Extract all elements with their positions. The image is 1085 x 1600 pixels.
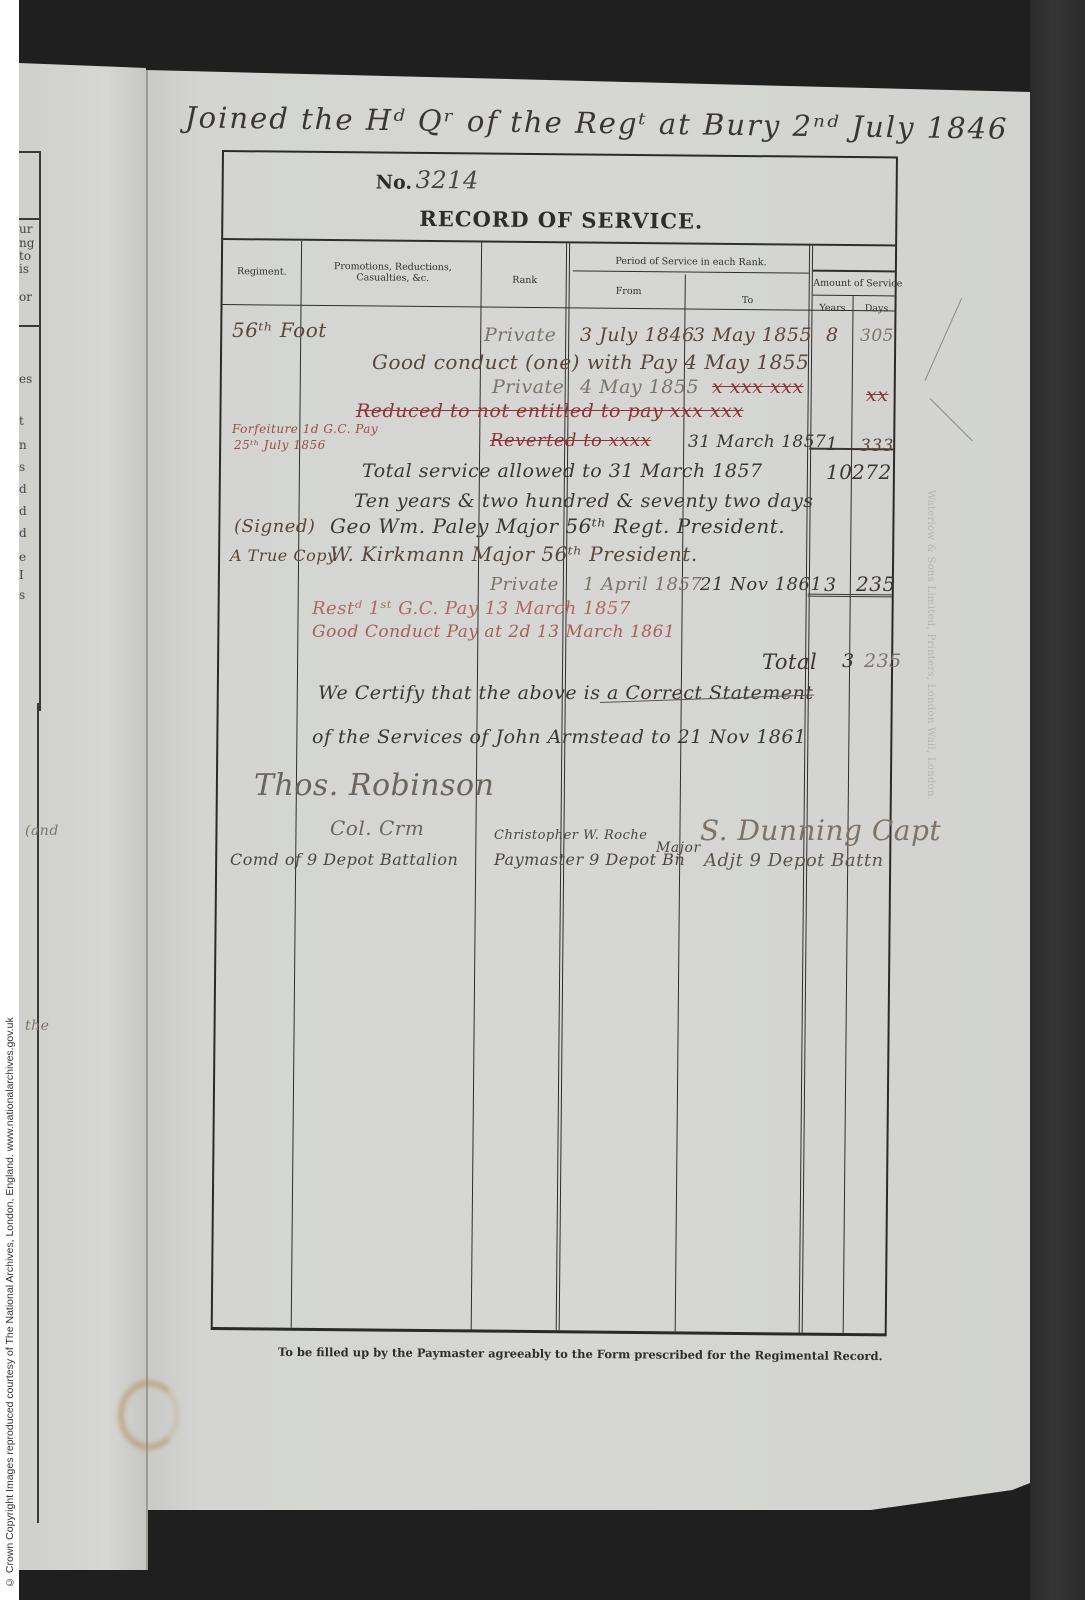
- left-fragment-text: d: [19, 483, 27, 496]
- col-divider: [675, 274, 686, 1331]
- left-fragment-text: es: [19, 373, 32, 386]
- total-allowed-years: 10: [826, 460, 852, 484]
- margin-note: the: [25, 1018, 49, 1034]
- col-header-to: To: [687, 294, 809, 306]
- commandant-signature: Thos. Robinson: [254, 768, 494, 803]
- total-years: 3: [842, 650, 855, 672]
- from-date-2: 4 May 1855: [580, 376, 699, 398]
- days-2-struck: xx: [866, 384, 888, 406]
- adjutant-rank-prefix: Major: [656, 840, 701, 856]
- to-date-3: 31 March 1857: [688, 432, 826, 452]
- adjutant-title: Adjt 9 Depot Battn: [704, 850, 884, 871]
- left-fragment-text: n: [19, 439, 27, 452]
- left-fragment-text: or: [19, 291, 32, 304]
- left-fragment-text: t: [19, 415, 24, 428]
- days-4: 235: [856, 572, 896, 596]
- good-conduct-pay-note: Good Conduct Pay at 2d 13 March 1861: [312, 622, 675, 642]
- commandant-signature-2: Col. Crm: [330, 816, 424, 840]
- col-header-period: Period of Service in each Rank.: [573, 255, 809, 268]
- rank-struck: Reverted to xxxx: [490, 430, 651, 451]
- total-allowed-days: 272: [852, 460, 892, 484]
- years-1: 8: [826, 324, 839, 346]
- years-3: 1: [826, 434, 838, 455]
- restored-gc-pay-note: Restᵈ 1ˢᵗ G.C. Pay 13 March 1857: [312, 598, 631, 619]
- form-number-value: 3214: [416, 166, 479, 195]
- left-fragment-text: d: [19, 505, 27, 518]
- total-label: Total: [762, 650, 817, 674]
- true-copy-label: A True Copy: [230, 546, 336, 565]
- col-divider: [799, 246, 813, 1333]
- from-date-1: 3 July 1846: [580, 324, 695, 346]
- col-header-amount: Amount of Service: [813, 278, 903, 290]
- form-number-label: No.: [376, 171, 413, 193]
- days-1: 305: [860, 326, 894, 346]
- left-fragment-text: d: [19, 527, 27, 540]
- certify-line-1: We Certify that the above is a Correct S…: [318, 682, 814, 704]
- days-3: 333: [860, 436, 894, 456]
- margin-note: (and: [25, 823, 59, 839]
- left-fragment-text: I: [19, 569, 24, 582]
- total-allowed-label: Total service allowed to 31 March 1857: [362, 460, 763, 482]
- printer-imprint: Waterlow & Sons Limited, Printers, Londo…: [922, 490, 936, 750]
- regiment-entry: 56ᵗʰ Foot: [232, 318, 327, 342]
- page-fold: [146, 70, 148, 1570]
- amount-sub-rule: [813, 270, 895, 273]
- from-date-3: 1 April 1857: [583, 574, 702, 595]
- rank-private-3: Private: [490, 574, 559, 595]
- form-title: RECORD OF SERVICE.: [419, 206, 703, 234]
- to-date-2-struck: x xxx xxx: [712, 376, 804, 398]
- header-top-rule: [223, 238, 895, 246]
- total-in-words: Ten years & two hundred & seventy two da…: [354, 490, 814, 512]
- signed-text: Geo Wm. Paley Major 56ᵗʰ Regt. President…: [330, 514, 785, 538]
- col-header-regiment: Regiment.: [223, 266, 301, 278]
- total-days: 235: [864, 650, 902, 672]
- col-header-rank: Rank: [483, 275, 567, 287]
- col-header-days: Days: [854, 303, 898, 314]
- certify-line-2: of the Services of John Armstead to 21 N…: [312, 726, 807, 748]
- paymaster-signature: Christopher W. Roche: [494, 828, 647, 843]
- left-fragment-text: s: [19, 461, 25, 474]
- col-header-from: From: [573, 285, 685, 297]
- forfeiture-note: Forfeiture 1d G.C. Pay: [232, 422, 378, 436]
- left-fragment-text: s: [19, 589, 25, 602]
- adjutant-signature: S. Dunning Capt: [700, 814, 941, 847]
- true-copy-text: W. Kirkmann Major 56ᵗʰ President.: [330, 542, 698, 566]
- rank-private-2: Private: [492, 376, 564, 398]
- book-binding: [1030, 0, 1085, 1600]
- rank-private-1: Private: [484, 324, 556, 346]
- to-date-1: 3 May 1855: [693, 324, 812, 346]
- col-header-promotions: Promotions, Reductions, Casualties, &c.: [313, 261, 473, 285]
- reduction-note-struck: Reduced to not entitled to pay xxx xxx: [356, 400, 744, 422]
- period-sub-rule: [573, 270, 809, 273]
- copyright-notice: © Crown Copyright Images reproduced cour…: [2, 988, 18, 1588]
- paper-stain: [118, 1380, 180, 1450]
- to-date-4: 21 Nov 1861: [700, 574, 822, 595]
- forfeiture-date: 25ᵗʰ July 1856: [234, 438, 326, 452]
- left-fragment-text: is: [19, 263, 29, 276]
- col-header-years: Years: [812, 303, 852, 314]
- years-4: 3: [824, 574, 837, 596]
- good-conduct-note: Good conduct (one) with Pay 4 May 1855: [372, 350, 809, 374]
- left-fragment-text: e: [19, 551, 26, 564]
- left-facing-page: ur ng to is or es t n s d d d e I s (and…: [19, 63, 146, 1570]
- left-fragment-text: ur: [19, 223, 32, 236]
- commandant-title: Comd of 9 Depot Battalion: [230, 850, 458, 869]
- signed-label: (Signed): [234, 516, 315, 537]
